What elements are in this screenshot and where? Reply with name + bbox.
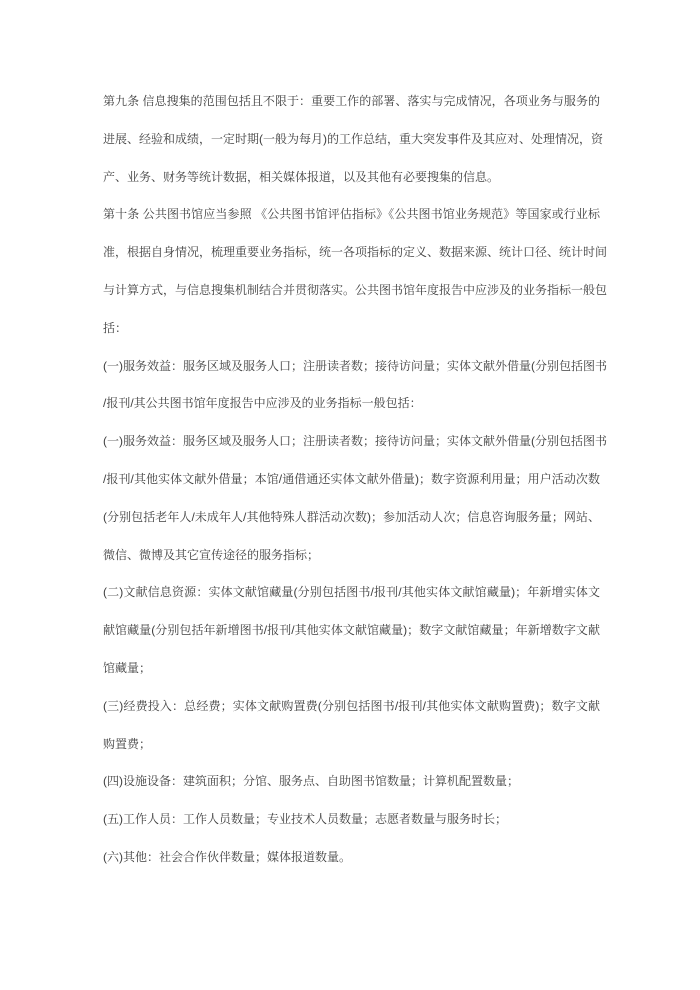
text-line: 馆藏量； (103, 650, 600, 688)
text-line: 购置费； (103, 726, 600, 764)
paragraph-item-1-service-benefit: (一)服务效益：服务区域及服务人口；注册读者数；接待访问量；实体文献外借量(分别… (103, 423, 600, 574)
paragraph-item-6-other: (六)其他：社会合作伙伴数量；媒体报道数量。 (103, 839, 600, 877)
paragraph-item-3-funding: (三)经费投入：总经费；实体文献购置费(分别包括图书/报刊/其他实体文献购置费)… (103, 688, 600, 764)
text-line: (二)文献信息资源：实体文献馆藏量(分别包括图书/报刊/其他实体文献馆藏量)；年… (103, 574, 600, 612)
text-line: (三)经费投入：总经费；实体文献购置费(分别包括图书/报刊/其他实体文献购置费)… (103, 688, 600, 726)
text-line: (六)其他：社会合作伙伴数量；媒体报道数量。 (103, 839, 600, 877)
paragraph-item-5-staff: (五)工作人员：工作人员数量；专业技术人员数量；志愿者数量与服务时长； (103, 801, 600, 839)
text-line: (分别包括老年人/未成年人/其他特殊人群活动次数)；参加活动人次；信息咨询服务量… (103, 499, 600, 537)
text-line: 产、业务、财务等统计数据，相关媒体报道，以及其他有必要搜集的信息。 (103, 159, 600, 197)
text-line: (一)服务效益：服务区域及服务人口；注册读者数；接待访问量；实体文献外借量(分别… (103, 348, 600, 386)
paragraph-item-2-document-resources: (二)文献信息资源：实体文献馆藏量(分别包括图书/报刊/其他实体文献馆藏量)；年… (103, 574, 600, 687)
text-line: 与计算方式，与信息搜集机制结合并贯彻落实。公共图书馆年度报告中应涉及的业务指标一… (103, 272, 600, 310)
text-line: /报刊/其他实体文献外借量；本馆/通借通还实体文献外借量)；数字资源利用量；用户… (103, 461, 600, 499)
text-line: 微信、微博及其它宣传途径的服务指标； (103, 537, 600, 575)
paragraph-article-9: 第九条 信息搜集的范围包括且不限于：重要工作的部署、落实与完成情况，各项业务与服… (103, 83, 600, 196)
text-line: (五)工作人员：工作人员数量；专业技术人员数量；志愿者数量与服务时长； (103, 801, 600, 839)
text-line: (四)设施设备：建筑面积；分馆、服务点、自助图书馆数量；计算机配置数量； (103, 763, 600, 801)
paragraph-item-4-facilities: (四)设施设备：建筑面积；分馆、服务点、自助图书馆数量；计算机配置数量； (103, 763, 600, 801)
text-line: 献馆藏量(分别包括年新增图书/报刊/其他实体文献馆藏量)；数字文献馆藏量；年新增… (103, 612, 600, 650)
text-line: (一)服务效益：服务区域及服务人口；注册读者数；接待访问量；实体文献外借量(分别… (103, 423, 600, 461)
document-body: 第九条 信息搜集的范围包括且不限于：重要工作的部署、落实与完成情况，各项业务与服… (103, 83, 600, 877)
text-line: 第十条 公共图书馆应当参照 《公共图书馆评估指标》《公共图书馆业务规范》等国家或… (103, 196, 600, 234)
text-line: 第九条 信息搜集的范围包括且不限于：重要工作的部署、落实与完成情况，各项业务与服… (103, 83, 600, 121)
text-line: 括： (103, 310, 600, 348)
paragraph-item-1-duplicate: (一)服务效益：服务区域及服务人口；注册读者数；接待访问量；实体文献外借量(分别… (103, 348, 600, 424)
document-page: 第九条 信息搜集的范围包括且不限于：重要工作的部署、落实与完成情况，各项业务与服… (0, 0, 700, 990)
text-line: 准，根据自身情况，梳理重要业务指标，统一各项指标的定义、数据来源、统计口径、统计… (103, 234, 600, 272)
paragraph-article-10: 第十条 公共图书馆应当参照 《公共图书馆评估指标》《公共图书馆业务规范》等国家或… (103, 196, 600, 347)
text-line: 进展、经验和成绩，一定时期(一般为每月)的工作总结，重大突发事件及其应对、处理情… (103, 121, 600, 159)
text-line: /报刊/其公共图书馆年度报告中应涉及的业务指标一般包括： (103, 385, 600, 423)
